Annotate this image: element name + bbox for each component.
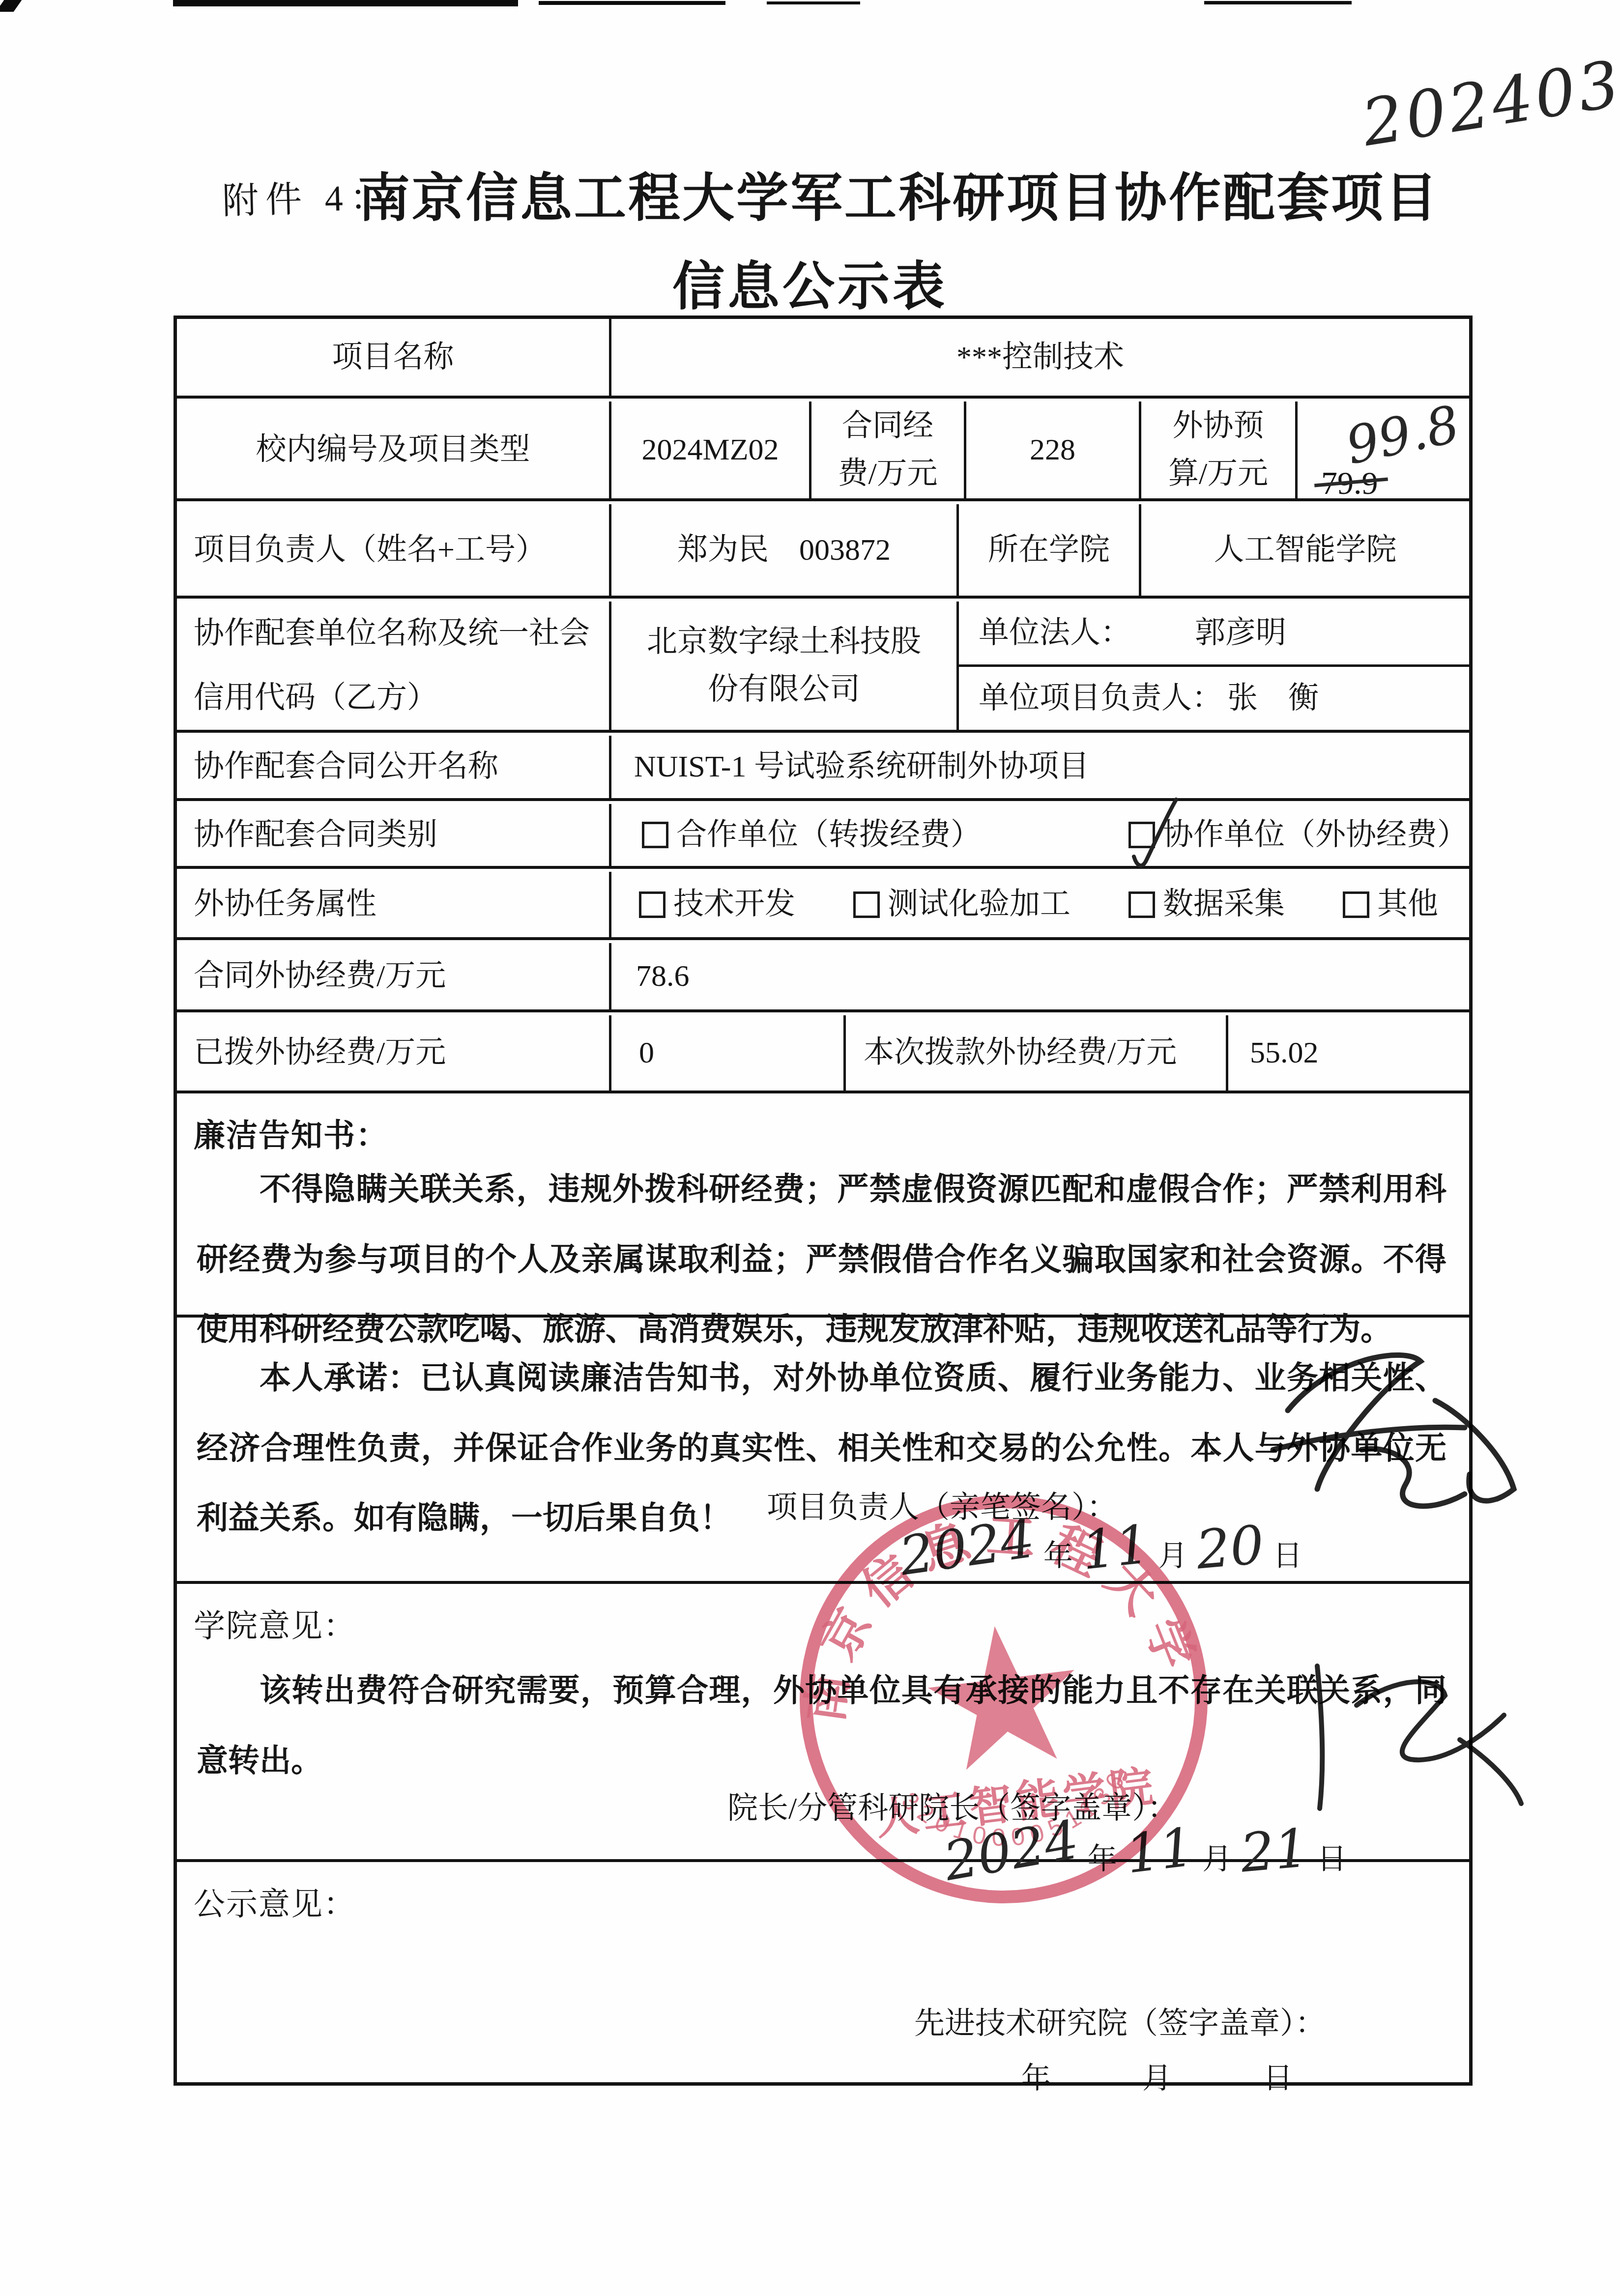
form-title-line1: 南京信息工程大学军工科研项目协作配套项目 — [0, 156, 1620, 231]
contract-public-name-label: 协作配套合同公开名称 — [177, 736, 611, 798]
table-row: 校内编号及项目类型 2024MZ02 合同经费/万元 228 外协预算/万元 7… — [177, 402, 1469, 501]
partner-contacts: 单位法人： 郭彦明 单位项目负责人： 张 衡 — [959, 602, 1469, 730]
contract-category-label: 协作配套合同类别 — [177, 804, 611, 866]
option-cooperation-unit: 合作单位（转拨经费） — [642, 811, 981, 859]
option-other: 其他 — [1343, 881, 1438, 928]
project-name-label: 项目名称 — [177, 319, 611, 396]
internal-code-label: 校内编号及项目类型 — [177, 402, 611, 498]
dean-signature-ink — [1298, 1646, 1533, 1823]
option-label: 测试化验加工 — [888, 881, 1070, 928]
option-data-collection: 数据采集 — [1128, 881, 1285, 928]
blank-date-line: 年 月 日 — [1012, 2055, 1302, 2097]
leader-signature-ink — [1258, 1327, 1533, 1553]
table-row: 项目名称 ***控制技术 — [177, 319, 1469, 399]
table-row: 外协任务属性 技术开发 测试化验加工 数据采集 其他 — [177, 872, 1469, 940]
form-table: 项目名称 ***控制技术 校内编号及项目类型 2024MZ02 合同经费/万元 … — [174, 316, 1473, 2086]
scan-artifact — [1204, 1, 1352, 4]
option-label: 协作单位（外协经费） — [1163, 811, 1468, 859]
form-title-line2: 信息公示表 — [0, 245, 1620, 319]
scan-artifact — [539, 1, 725, 5]
project-name-value: ***控制技术 — [611, 319, 1469, 396]
month-unit: 月 — [1142, 2055, 1172, 2097]
current-payment-value: 55.02 — [1228, 1015, 1469, 1091]
college-opinion-section: 学院意见： 该转出费符合研究需要，预算合理，外协单位具有承接的能力且不存在关联关… — [177, 1587, 1469, 1862]
form-header: 附件 4： 南京信息工程大学军工科研项目协作配套项目 — [0, 156, 1620, 220]
contract-public-name-value: NUIST-1 号试验系统研制外协项目 — [611, 736, 1469, 798]
option-label: 技术开发 — [673, 881, 795, 928]
college-opinion-heading: 学院意见： — [194, 1601, 356, 1646]
allocated-fund-value: 0 — [611, 1015, 846, 1091]
table-row: 协作配套单位名称及统一社会信用代码（乙方） 北京数字绿土科技股份有限公司 单位法… — [177, 602, 1469, 733]
scanned-form-page: 2024038 附件 4： 南京信息工程大学军工科研项目协作配套项目 信息公示表… — [0, 0, 1620, 2296]
table-row: 已拨外协经费/万元 0 本次拨款外协经费/万元 55.02 — [177, 1015, 1469, 1093]
legal-person-label: 单位法人： — [979, 609, 1131, 657]
option-collaboration-unit: 协作单位（外协经费） — [1128, 811, 1468, 859]
contract-category-options: 合作单位（转拨经费） 协作单位（外协经费） — [611, 804, 1469, 866]
option-label: 合作单位（转拨经费） — [676, 811, 981, 859]
table-row: 项目负责人（姓名+工号） 郑为民 003872 所在学院 人工智能学院 — [177, 504, 1469, 599]
integrity-notice-section: 廉洁告知书： 不得隐瞒关联关系，违规外拨科研经费；严禁虚假资源匹配和虚假合作；严… — [177, 1096, 1469, 1318]
current-payment-label: 本次拨款外协经费/万元 — [846, 1015, 1228, 1091]
unit-pi-label: 单位项目负责人： — [979, 675, 1222, 722]
day-unit: 日 — [1263, 2055, 1293, 2097]
publicity-opinion-section: 公示意见： 先进技术研究院（签字盖章）： 年 月 日 — [177, 1865, 1469, 2084]
allocated-fund-label: 已拨外协经费/万元 — [177, 1015, 611, 1091]
scan-artifact — [767, 1, 860, 4]
internal-code-value: 2024MZ02 — [611, 402, 811, 498]
contract-outsourcing-fund-label: 合同外协经费/万元 — [177, 943, 611, 1009]
table-row: 协作配套合同公开名称 NUIST-1 号试验系统研制外协项目 — [177, 736, 1469, 801]
handwritten-doc-number: 2024038 — [1357, 52, 1592, 161]
option-testing: 测试化验加工 — [853, 881, 1070, 928]
outsourcing-budget-value: 79.9 99.8 — [1298, 402, 1469, 498]
college-value: 人工智能学院 — [1141, 504, 1469, 596]
year-unit: 年 — [1043, 1532, 1073, 1575]
option-tech-development: 技术开发 — [639, 881, 795, 928]
integrity-notice-heading: 廉洁告知书： — [194, 1110, 388, 1155]
option-label: 数据采集 — [1163, 881, 1285, 928]
checkbox-unchecked-icon — [642, 822, 668, 848]
checkbox-unchecked-icon — [1343, 891, 1369, 918]
partner-unit-label: 协作配套单位名称及统一社会信用代码（乙方） — [177, 602, 611, 730]
month-unit: 月 — [1158, 1532, 1187, 1575]
contract-outsourcing-fund-value: 78.6 — [611, 943, 1469, 1009]
scan-artifact — [173, 0, 518, 6]
legal-person-line: 单位法人： 郭彦明 — [959, 602, 1469, 667]
institute-signature-label: 先进技术研究院（签字盖章）： — [914, 1999, 1326, 2042]
publicity-opinion-heading: 公示意见： — [194, 1879, 356, 1924]
project-leader-value: 郑为民 003872 — [611, 504, 959, 596]
checkbox-unchecked-icon — [1128, 891, 1155, 918]
task-attribute-label: 外协任务属性 — [177, 872, 611, 937]
partner-unit-value: 北京数字绿土科技股份有限公司 — [611, 602, 959, 730]
contract-fund-value: 228 — [966, 402, 1141, 498]
handwritten-month: 11 — [1079, 1514, 1153, 1582]
checkbox-checked-icon — [1128, 822, 1155, 848]
unit-pi-name: 张 衡 — [1227, 675, 1319, 722]
table-row: 合同外协经费/万元 78.6 — [177, 943, 1469, 1012]
scan-artifact — [0, 0, 22, 12]
contract-fund-label: 合同经费/万元 — [811, 402, 966, 498]
option-label: 其他 — [1377, 881, 1438, 928]
task-attribute-options: 技术开发 测试化验加工 数据采集 其他 — [611, 872, 1469, 937]
budget-handwritten-correction: 99.8 — [1339, 385, 1467, 486]
legal-person-name: 郭彦明 — [1195, 609, 1286, 657]
project-leader-label: 项目负责人（姓名+工号） — [177, 504, 611, 596]
handwritten-check-icon — [1127, 799, 1186, 872]
checkbox-unchecked-icon — [639, 891, 665, 918]
handwritten-day: 20 — [1194, 1514, 1267, 1581]
year-unit: 年 — [1021, 2055, 1051, 2097]
college-label: 所在学院 — [959, 504, 1141, 596]
college-opinion-body: 该转出费符合研究需要，预算合理，外协单位具有承接的能力且不存在关联关系，同意转出… — [197, 1656, 1446, 1796]
handwritten-year: 2024 — [896, 1508, 1039, 1587]
table-row: 协作配套合同类别 合作单位（转拨经费） 协作单位（外协经费） — [177, 804, 1469, 869]
outsourcing-budget-label: 外协预算/万元 — [1141, 402, 1298, 498]
unit-pi-line: 单位项目负责人： 张 衡 — [959, 667, 1469, 730]
commitment-date: 2024 年 11 月 20 日 — [899, 1517, 1311, 1578]
checkbox-unchecked-icon — [853, 891, 880, 918]
